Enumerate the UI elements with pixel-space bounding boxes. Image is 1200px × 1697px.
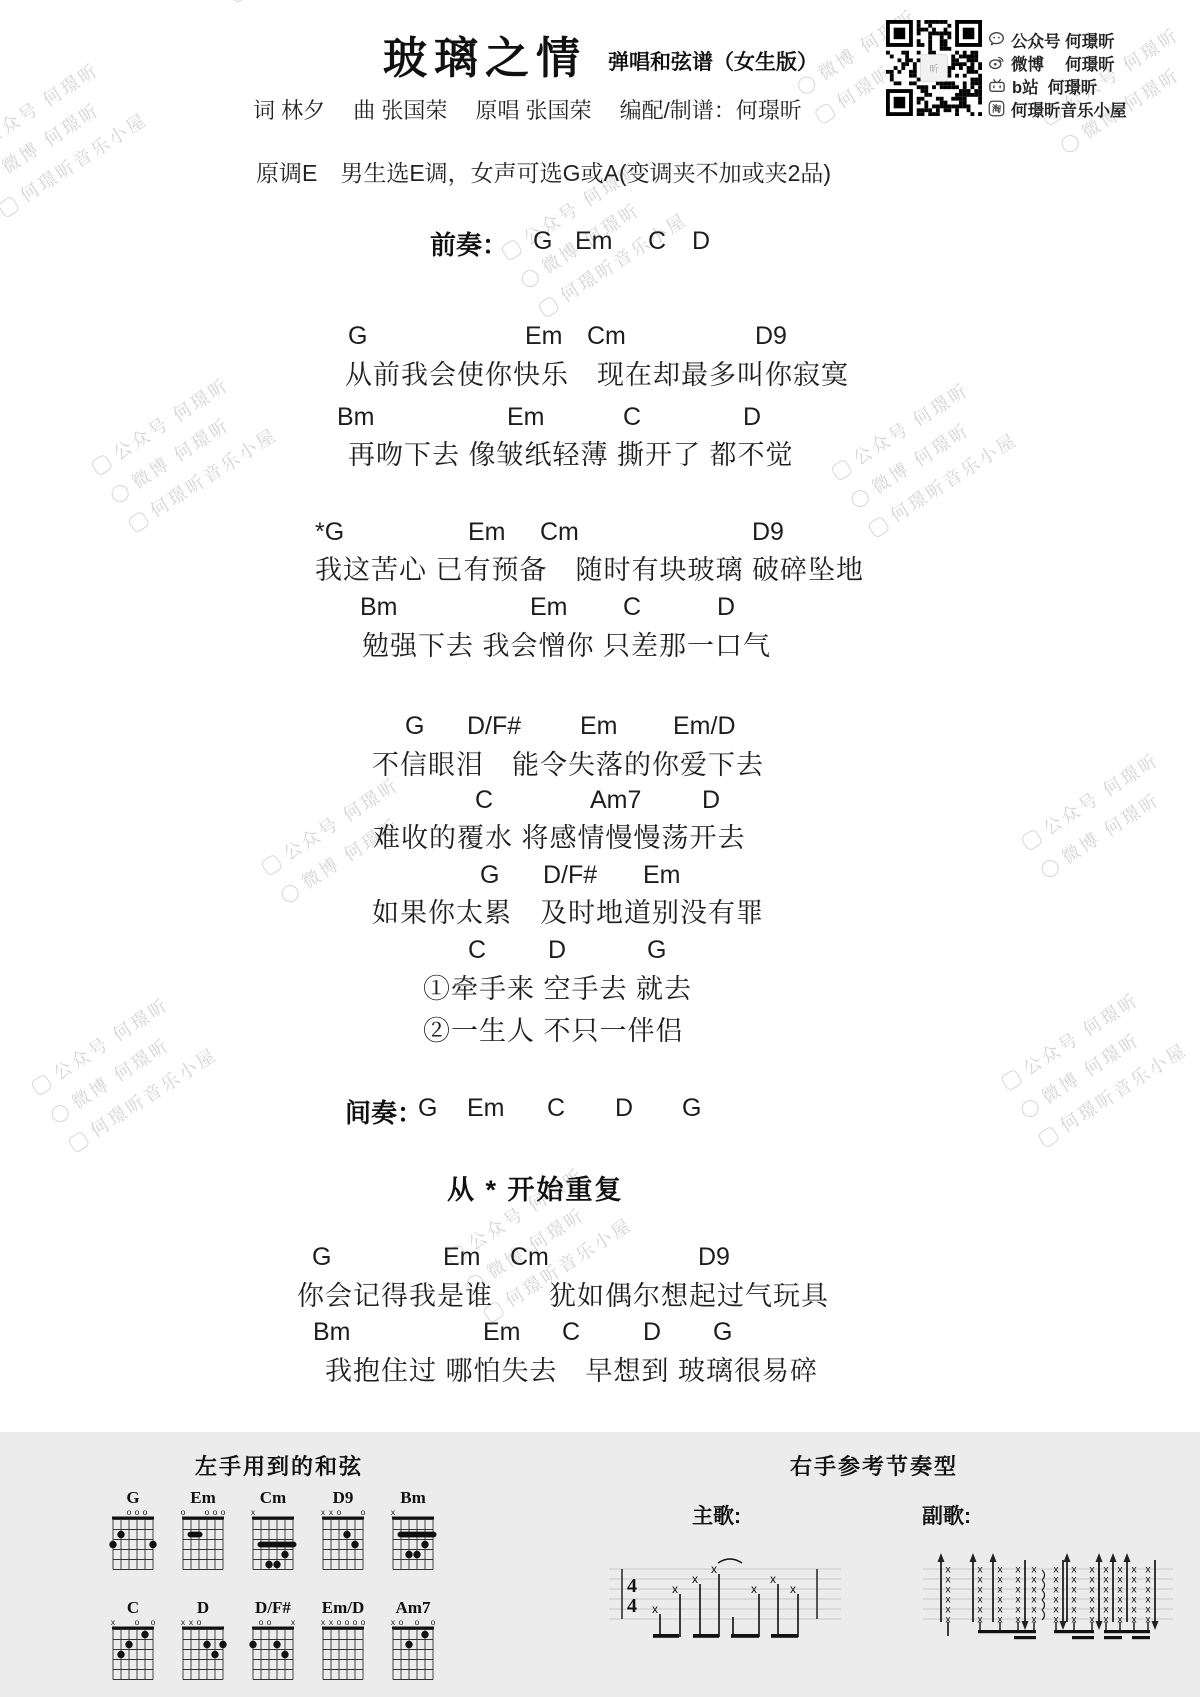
wechat-icon xyxy=(1020,828,1044,852)
page-subtitle: 弹唱和弦谱（女生版） xyxy=(608,46,818,76)
lyric-line: 我抱住过 哪怕失去 早想到 玻璃很易碎 xyxy=(325,1349,818,1388)
svg-text:o: o xyxy=(361,1507,366,1517)
social-line-bilibili: b站 何璟昕 xyxy=(988,74,1198,97)
chord: Em xyxy=(643,861,681,890)
chord-diagram: Dxxo xyxy=(179,1598,227,1687)
chord: Em xyxy=(525,322,563,351)
chord-name: Em/D xyxy=(319,1598,367,1616)
chord: D xyxy=(615,1094,633,1123)
weibo-icon xyxy=(1038,856,1062,880)
chorus-rhythm-pattern: xxxxxxxxxxxxxxxxxxxxxxxxxxxxxxxxxxxxxxxx… xyxy=(915,1552,1177,1657)
svg-text:x: x xyxy=(181,1617,186,1627)
watermark: 公众号 何璟昕 微博 何璟昕 何璟昕音乐小屋 xyxy=(0,46,155,225)
lyric-line: ①牵手来 空手去 就去 xyxy=(423,967,692,1006)
svg-text:x: x xyxy=(391,1617,396,1627)
chord: D9 xyxy=(698,1243,730,1272)
chord-name: D9 xyxy=(319,1488,367,1506)
chord: G xyxy=(682,1094,701,1123)
social-text: 微博 何璟昕 xyxy=(1011,51,1115,75)
svg-text:o: o xyxy=(337,1507,342,1517)
chord: Em xyxy=(483,1318,521,1347)
lyric-line: 难收的覆水 将感情慢慢荡开去 xyxy=(373,816,746,855)
chord: D xyxy=(717,593,735,622)
chord-diagram: Emoooo xyxy=(179,1488,227,1577)
verse-pattern-label: 主歌: xyxy=(692,1500,741,1530)
chord: G xyxy=(533,227,552,256)
chord-name: Am7 xyxy=(389,1598,437,1616)
chord: C xyxy=(562,1318,580,1347)
chord: Am7 xyxy=(590,786,641,815)
weibo-icon xyxy=(848,486,872,510)
taobao-icon xyxy=(67,1130,91,1154)
credits-line: 词 林夕 曲 张国荣 原唱 张国荣 编配/制谱：何璟昕 xyxy=(253,94,802,125)
lyric-line: 如果你太累 及时地道别没有罪 xyxy=(372,891,764,930)
chord: C xyxy=(623,403,641,432)
lyric-line: 你会记得我是谁 犹如偶尔想起过气玩具 xyxy=(297,1274,829,1313)
svg-text:x: x xyxy=(189,1617,194,1627)
watermark: 公众号 何璟昕 微博 何璟昕 何璟昕音乐小屋 xyxy=(995,976,1195,1155)
svg-text:x: x xyxy=(672,1582,678,1596)
svg-text:x: x xyxy=(329,1507,334,1517)
chord: G xyxy=(405,712,424,741)
social-line-wechat: 公众号 何璟昕 xyxy=(988,28,1198,51)
svg-text:o: o xyxy=(415,1617,420,1627)
chord: G xyxy=(312,1243,331,1272)
chord-name: Cm xyxy=(249,1488,297,1506)
chord-name: Em xyxy=(179,1488,227,1506)
taobao-icon xyxy=(867,515,891,539)
chord: Em xyxy=(467,1094,505,1123)
bilibili-icon xyxy=(988,78,1006,94)
svg-text:o: o xyxy=(181,1507,186,1517)
weibo-icon xyxy=(795,73,819,97)
svg-text:x: x xyxy=(770,1572,776,1586)
taobao-icon xyxy=(227,0,251,3)
chord-name: Bm xyxy=(389,1488,437,1506)
chord: D xyxy=(692,227,710,256)
chord: Em/D xyxy=(673,712,736,741)
chord-diagram: Gooo xyxy=(109,1488,157,1577)
svg-text:o: o xyxy=(221,1507,226,1517)
chord-name: C xyxy=(109,1598,157,1616)
svg-text:昕: 昕 xyxy=(929,63,938,74)
weibo-icon xyxy=(1058,131,1082,155)
lyric-line: ②一生人 不只一伴侣 xyxy=(423,1009,684,1048)
chord: C xyxy=(547,1094,565,1123)
chord: *G xyxy=(315,518,344,547)
taobao-icon xyxy=(1037,1125,1061,1149)
chord: Em xyxy=(468,518,506,547)
weibo-icon xyxy=(1018,1096,1042,1120)
svg-text:o: o xyxy=(353,1617,358,1627)
svg-text:o: o xyxy=(337,1617,342,1627)
taobao-icon: 淘 xyxy=(988,100,1005,117)
lyric-line: 从前我会使你快乐 现在却最多叫你寂寞 xyxy=(345,353,849,392)
chord-diagram: Bmx xyxy=(389,1488,437,1577)
chord: C xyxy=(648,227,666,256)
chord: D9 xyxy=(755,322,787,351)
svg-text:o: o xyxy=(135,1507,140,1517)
social-text: b站 何璟昕 xyxy=(1012,74,1097,98)
svg-text:o: o xyxy=(143,1507,148,1517)
chord: G xyxy=(713,1318,732,1347)
svg-text:x: x xyxy=(251,1507,256,1517)
chord-diagram: Am7xooo xyxy=(389,1598,437,1687)
wechat-icon xyxy=(1000,1068,1024,1092)
chord: Em xyxy=(530,593,568,622)
svg-text:x: x xyxy=(692,1572,698,1586)
svg-text:x: x xyxy=(391,1507,396,1517)
chord: Bm xyxy=(337,403,375,432)
svg-text:o: o xyxy=(213,1507,218,1517)
svg-text:x: x xyxy=(291,1617,296,1627)
chord: Em xyxy=(443,1243,481,1272)
chord: D9 xyxy=(752,518,784,547)
wechat-icon xyxy=(30,1073,54,1097)
svg-text:x: x xyxy=(321,1507,326,1517)
taobao-icon xyxy=(537,295,561,319)
svg-text:x: x xyxy=(751,1582,757,1596)
watermark: 公众号 何璟昕 微博 何璟昕 何璟昕音乐小屋 xyxy=(85,361,285,540)
chorus-pattern-label: 副歌: xyxy=(922,1500,971,1530)
qr-code: 昕 xyxy=(886,20,982,116)
chord: C xyxy=(623,593,641,622)
weibo-icon xyxy=(108,481,132,505)
svg-text:o: o xyxy=(267,1617,272,1627)
wechat-icon xyxy=(830,458,854,482)
chord: Cm xyxy=(510,1243,549,1272)
social-line-taobao: 淘 何璟昕音乐小屋 xyxy=(988,97,1198,120)
chord: G xyxy=(647,936,666,965)
svg-text:x: x xyxy=(321,1617,326,1627)
chord: Bm xyxy=(313,1318,351,1347)
svg-text:o: o xyxy=(399,1617,404,1627)
chord: D xyxy=(548,936,566,965)
wechat-icon xyxy=(988,31,1005,48)
svg-text:o: o xyxy=(205,1507,210,1517)
chord: C xyxy=(468,936,486,965)
svg-text:o: o xyxy=(135,1617,140,1627)
taobao-icon xyxy=(813,101,837,125)
chord-name: D xyxy=(179,1598,227,1616)
chord-name: G xyxy=(109,1488,157,1506)
key-info-line: 原调E 男生选E调，女声可选G或A(变调夹不加或夹2品) xyxy=(256,155,831,188)
watermark: 公众号 何璟昕 微博 何璟昕 xyxy=(1015,743,1185,887)
section-label-intro: 前奏： xyxy=(430,225,508,262)
chord: Em xyxy=(580,712,618,741)
social-text: 何璟昕音乐小屋 xyxy=(1011,97,1127,121)
chord: G xyxy=(480,861,499,890)
chord-name: D/F# xyxy=(249,1598,297,1616)
chord: Em xyxy=(507,403,545,432)
chord: D/F# xyxy=(467,712,521,741)
bottom-panel: 左手用到的和弦 右手参考节奏型 主歌: 副歌: Gooo Emoooo Cmx … xyxy=(0,1432,1200,1697)
section-label-interlude: 间奏： xyxy=(345,1093,423,1130)
lyric-line: 不信眼泪 能令失落的你爱下去 xyxy=(372,743,764,782)
svg-text:o: o xyxy=(345,1617,350,1627)
watermark: 公众号 何璟昕 微博 何璟昕 何璟昕音乐小屋 xyxy=(825,366,1025,545)
weibo-icon xyxy=(278,881,302,905)
svg-text:x: x xyxy=(652,1602,658,1616)
chord: Cm xyxy=(587,322,626,351)
chord-diagram: D/F#oox xyxy=(249,1598,297,1687)
svg-text:o: o xyxy=(127,1507,132,1517)
svg-text:o: o xyxy=(197,1617,202,1627)
chord: D xyxy=(643,1318,661,1347)
social-links: 公众号 何璟昕 微博 何璟昕 b站 何璟昕 淘 何璟昕音乐小屋 xyxy=(988,28,1198,120)
chord: D/F# xyxy=(543,861,597,890)
social-line-weibo: 微博 何璟昕 xyxy=(988,51,1198,74)
svg-text:o: o xyxy=(151,1617,156,1627)
weibo-icon xyxy=(0,166,2,190)
chord: C xyxy=(475,786,493,815)
weibo-icon xyxy=(48,1101,72,1125)
svg-text:o: o xyxy=(431,1617,436,1627)
lyric-line: 勉强下去 我会憎你 只差那一口气 xyxy=(362,624,771,663)
chord: D xyxy=(702,786,720,815)
chord: G xyxy=(348,322,367,351)
weibo-icon xyxy=(518,266,542,290)
weibo-icon xyxy=(988,54,1005,71)
social-text: 公众号 何璟昕 xyxy=(1011,28,1115,52)
lyric-line: 我这苦心 已有预备 随时有块玻璃 破碎坠地 xyxy=(315,548,864,587)
taobao-icon xyxy=(0,195,20,219)
svg-text:x: x xyxy=(329,1617,334,1627)
watermark: 公众号 何璟昕 微博 何璟昕 何璟昕音乐小屋 xyxy=(25,981,225,1160)
chords-section-title: 左手用到的和弦 xyxy=(195,1450,363,1481)
chord: Em xyxy=(575,227,613,256)
svg-text:x: x xyxy=(111,1617,116,1627)
svg-text:4: 4 xyxy=(627,1575,637,1597)
verse-rhythm-pattern: 44xxxxxxx xyxy=(595,1555,845,1660)
taobao-icon xyxy=(127,510,151,534)
svg-text:o: o xyxy=(259,1617,264,1627)
chord-diagram: Em/Dxxoooo xyxy=(319,1598,367,1687)
chord: G xyxy=(418,1094,437,1123)
chord: Bm xyxy=(360,593,398,622)
svg-text:o: o xyxy=(361,1617,366,1627)
page-title: 玻璃之情 xyxy=(383,22,587,86)
svg-text:淘: 淘 xyxy=(991,103,1002,115)
chord-diagram: Cmx xyxy=(249,1488,297,1577)
svg-text:x: x xyxy=(711,1562,717,1576)
repeat-instruction: 从 * 开始重复 xyxy=(447,1168,624,1207)
chord-sheet-page: 公众号 何璟昕 微博 何璟昕 何璟昕音乐小屋 公众号 何璟昕 微博 何璟昕 何璟… xyxy=(0,0,1200,1697)
wechat-icon xyxy=(260,853,284,877)
rhythm-section-title: 右手参考节奏型 xyxy=(790,1450,958,1481)
chord: D xyxy=(743,403,761,432)
chord: Cm xyxy=(540,518,579,547)
chord-diagram: Cxoo xyxy=(109,1598,157,1687)
lyric-line: 再吻下去 像皱纸轻薄 撕开了 都不觉 xyxy=(348,433,794,472)
watermark: 公众号 何璟昕 微博 何璟昕 何璟昕音乐小屋 xyxy=(185,0,385,11)
svg-text:x: x xyxy=(790,1582,796,1596)
chord-diagram: D9xxoo xyxy=(319,1488,367,1577)
wechat-icon xyxy=(90,453,114,477)
svg-text:4: 4 xyxy=(627,1595,637,1617)
